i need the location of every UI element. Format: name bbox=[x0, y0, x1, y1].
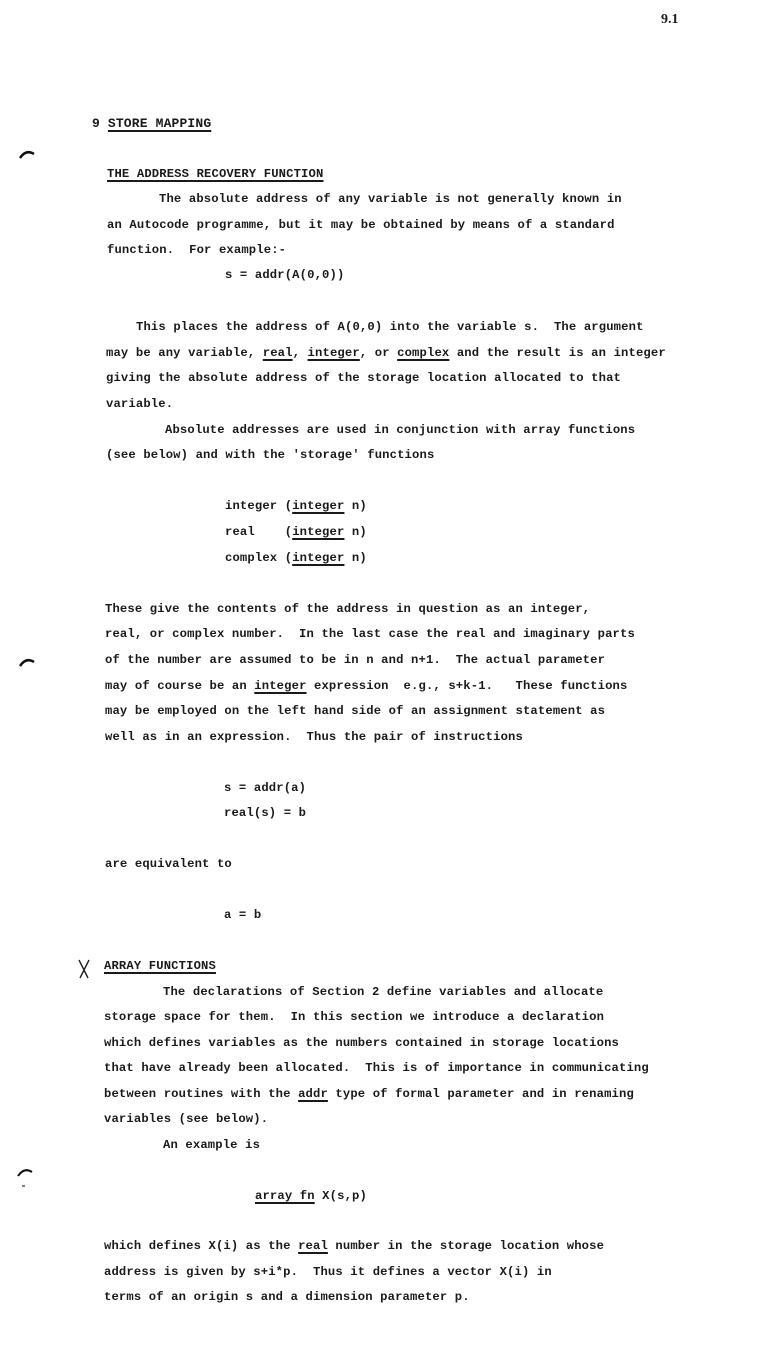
text: which defines X(i) as the bbox=[104, 1239, 298, 1253]
punch-hole-mark-icon bbox=[16, 1166, 36, 1190]
paragraph-line: These give the contents of the address i… bbox=[105, 601, 590, 617]
text: n) bbox=[344, 551, 366, 565]
array-fn-example: array fn X(s,p) bbox=[255, 1188, 367, 1204]
keyword-integer: integer bbox=[254, 679, 306, 693]
paragraph-line: terms of an origin s and a dimension par… bbox=[104, 1289, 470, 1305]
paragraph-line: giving the absolute address of the stora… bbox=[106, 370, 621, 386]
text: type of formal parameter and in renaming bbox=[328, 1087, 634, 1101]
text: may of course be an bbox=[105, 679, 254, 693]
chapter-heading: 9 STORE MAPPING bbox=[92, 116, 211, 132]
paragraph-line: are equivalent to bbox=[105, 856, 232, 872]
section-heading-array-functions: ARRAY FUNCTIONS bbox=[104, 958, 216, 974]
paragraph-line: Absolute addresses are used in conjuncti… bbox=[165, 422, 635, 438]
keyword-real: real bbox=[263, 346, 293, 360]
paragraph-line: which defines variables as the numbers c… bbox=[104, 1035, 619, 1051]
code-example: a = b bbox=[224, 907, 261, 923]
paragraph-line: variable. bbox=[106, 396, 173, 412]
punch-hole-mark-icon bbox=[18, 656, 38, 668]
paragraph-line: variables (see below). bbox=[104, 1111, 268, 1127]
text: n) bbox=[344, 499, 366, 513]
paragraph-line: may be employed on the left hand side of… bbox=[105, 703, 605, 719]
paragraph-line: (see below) and with the 'storage' funct… bbox=[106, 447, 434, 463]
storage-function-integer: integer (integer n) bbox=[225, 498, 367, 514]
text: , bbox=[293, 346, 308, 360]
paragraph-line: between routines with the addr type of f… bbox=[104, 1086, 634, 1102]
code-example: s = addr(a) bbox=[224, 780, 306, 796]
paragraph-line: may be any variable, real, integer, or c… bbox=[106, 345, 666, 361]
paragraph-line: This places the address of A(0,0) into t… bbox=[136, 319, 644, 335]
text: number in the storage location whose bbox=[328, 1239, 604, 1253]
paragraph-line: that have already been allocated. This i… bbox=[104, 1060, 649, 1076]
paragraph-line: The absolute address of any variable is … bbox=[159, 191, 622, 207]
keyword-complex: complex bbox=[397, 346, 449, 360]
keyword-integer: integer bbox=[292, 551, 344, 565]
paragraph-line: may of course be an integer expression e… bbox=[105, 678, 627, 694]
paragraph-line: An example is bbox=[163, 1137, 260, 1153]
keyword-addr: addr bbox=[298, 1087, 328, 1101]
chapter-number: 9 bbox=[92, 116, 100, 131]
storage-function-complex: complex (integer n) bbox=[225, 550, 367, 566]
paragraph-line: an Autocode programme, but it may be obt… bbox=[107, 217, 615, 233]
section-heading-address-recovery: THE ADDRESS RECOVERY FUNCTION bbox=[107, 166, 323, 182]
paragraph-line: The declarations of Section 2 define var… bbox=[163, 984, 603, 1000]
keyword-array-fn: array fn bbox=[255, 1189, 315, 1203]
paragraph-line: address is given by s+i*p. Thus it defin… bbox=[104, 1264, 552, 1280]
code-example: s = addr(A(0,0)) bbox=[225, 267, 344, 283]
paragraph-line: which defines X(i) as the real number in… bbox=[104, 1238, 604, 1254]
text: complex bbox=[225, 551, 285, 565]
paragraph-line: real, or complex number. In the last cas… bbox=[105, 626, 635, 642]
keyword-integer: integer bbox=[292, 525, 344, 539]
page-number: 9.1 bbox=[661, 12, 679, 28]
keyword-integer: integer bbox=[308, 346, 360, 360]
text: real bbox=[225, 525, 285, 539]
code-example: real(s) = b bbox=[224, 805, 306, 821]
text: expression e.g., s+k-1. These functions bbox=[307, 679, 628, 693]
text: integer bbox=[225, 499, 285, 513]
paragraph-line: function. For example:- bbox=[107, 242, 286, 258]
text: X(s,p) bbox=[315, 1189, 367, 1203]
text: n) bbox=[344, 525, 366, 539]
keyword-integer: integer bbox=[292, 499, 344, 513]
text: and the result is an integer bbox=[449, 346, 665, 360]
text: , or bbox=[360, 346, 397, 360]
paragraph-line: of the number are assumed to be in n and… bbox=[105, 652, 605, 668]
chapter-title: STORE MAPPING bbox=[108, 116, 211, 131]
punch-hole-mark-icon bbox=[18, 148, 38, 160]
text: may be any variable, bbox=[106, 346, 263, 360]
paragraph-line: storage space for them. In this section … bbox=[104, 1009, 604, 1025]
handwritten-x-mark-icon bbox=[76, 958, 92, 980]
text: between routines with the bbox=[104, 1087, 298, 1101]
storage-function-real: real (integer n) bbox=[225, 524, 367, 540]
paragraph-line: well as in an expression. Thus the pair … bbox=[105, 729, 523, 745]
keyword-real: real bbox=[298, 1239, 328, 1253]
